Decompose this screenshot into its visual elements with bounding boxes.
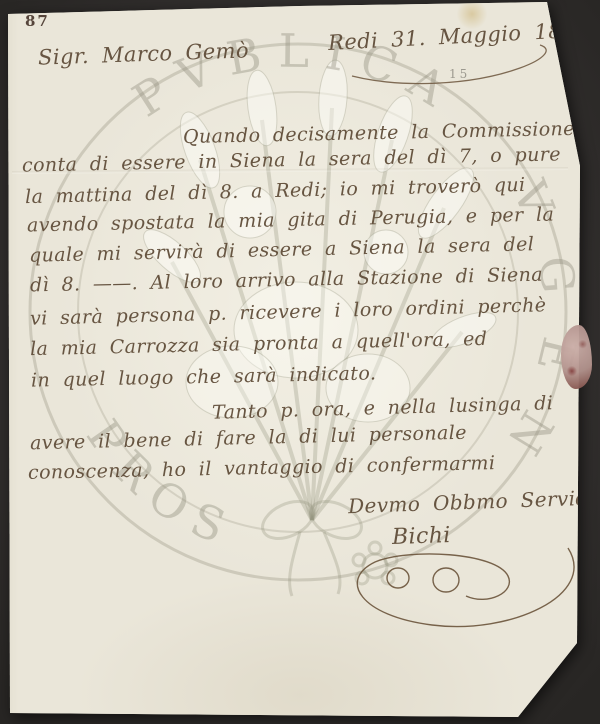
letter-page: PROS PVBLICA VGEN 87 15 Sigr. Marco Gemò… (0, 0, 600, 724)
seal-watermark: PROS PVBLICA VGEN (0, 0, 600, 724)
wax-seal-remnant (561, 325, 592, 389)
paper-wrap: PROS PVBLICA VGEN 87 15 Sigr. Marco Gemò… (0, 0, 600, 724)
archive-stamp-number: 15 (449, 67, 470, 81)
signature: Bichi (392, 523, 452, 550)
folio-number: 87 (25, 12, 50, 30)
letter-scan: PROS PVBLICA VGEN 87 15 Sigr. Marco Gemò… (0, 0, 600, 724)
